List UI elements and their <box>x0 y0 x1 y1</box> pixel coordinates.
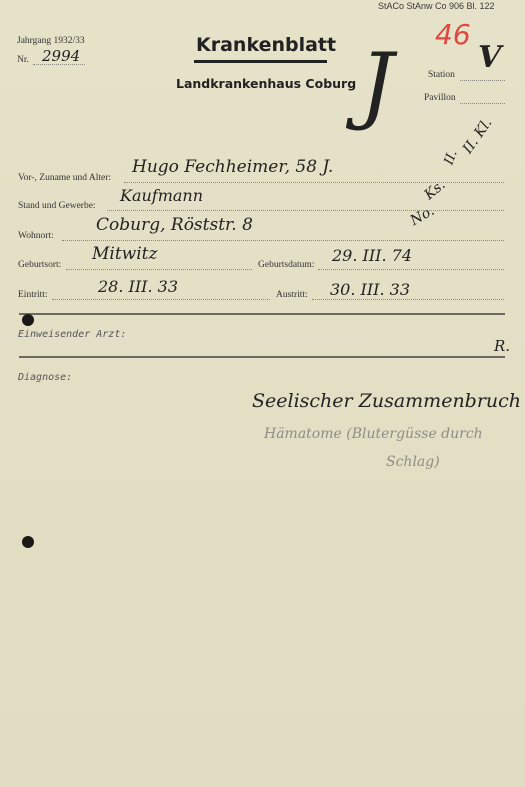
discharge-value: 30. III. 33 <box>330 280 410 299</box>
admission-line <box>52 299 270 300</box>
admission-label: Eintritt: <box>18 290 48 300</box>
page-title: Krankenblatt <box>196 34 336 56</box>
occupation-value: Kaufmann <box>120 186 203 205</box>
birthdate-line <box>318 269 504 270</box>
name-label: Vor-, Zuname und Alter: <box>18 173 111 183</box>
residence-value: Coburg, Röststr. 8 <box>96 215 253 235</box>
name-line <box>124 182 504 183</box>
jahrgang-label: Jahrgang <box>17 36 51 46</box>
diagnosis-line-2: Hämatome (Blutergüsse durch <box>264 426 483 442</box>
pavillon-line <box>460 103 505 104</box>
admission-value: 28. III. 33 <box>98 277 178 296</box>
hospital-name: Landkrankenhaus Coburg <box>176 76 356 91</box>
station-value: V <box>478 40 501 75</box>
diagnosis-label: Diagnose: <box>18 372 72 383</box>
section-divider <box>19 313 505 315</box>
section-divider-2 <box>19 356 505 358</box>
folio-number: 46 <box>435 18 471 51</box>
document-page: StACo StAnw Co 906 Bl. 122 Jahrgang 1932… <box>0 0 525 787</box>
title-underline <box>194 60 327 63</box>
punch-hole-top <box>22 314 34 326</box>
pavillon-label: Pavillon <box>424 93 456 103</box>
occupation-line <box>107 210 504 211</box>
referring-doctor-label: Einweisender Arzt: <box>18 329 126 340</box>
punch-hole-bottom <box>22 536 34 548</box>
large-initial: J <box>360 42 394 126</box>
birthdate-value: 29. III. 74 <box>332 246 412 265</box>
archive-reference: StACo StAnw Co 906 Bl. 122 <box>378 1 495 11</box>
nr-value: 2994 <box>42 47 80 65</box>
station-line <box>460 80 505 81</box>
name-value: Hugo Fechheimer, 58 J. <box>132 157 333 177</box>
no-note: No. <box>408 203 438 229</box>
jahrgang-value: 1932/33 <box>54 36 85 46</box>
class-note: II. Kl. <box>460 115 496 156</box>
jahrgang-field: Jahrgang 1932/33 <box>17 36 85 46</box>
station-label: Station <box>428 70 455 80</box>
occupation-label: Stand und Gewerbe: <box>18 201 96 211</box>
birthplace-label: Geburtsort: <box>18 260 61 270</box>
r-note: R. <box>494 337 510 355</box>
birthdate-label: Geburtsdatum: <box>258 260 314 270</box>
roman-note: II. <box>442 148 461 167</box>
diagnosis-line-3: Schlag) <box>386 454 440 470</box>
discharge-label: Austritt: <box>276 290 308 300</box>
residence-label: Wohnort: <box>18 231 54 241</box>
diagnosis-line-1: Seelischer Zusammenbruch <box>252 390 521 412</box>
birthplace-line <box>66 269 252 270</box>
birthplace-value: Mitwitz <box>92 244 157 264</box>
discharge-line <box>312 299 504 300</box>
residence-line <box>62 240 504 241</box>
nr-label: Nr. <box>17 55 29 65</box>
ks-note: Ks. <box>421 177 448 203</box>
